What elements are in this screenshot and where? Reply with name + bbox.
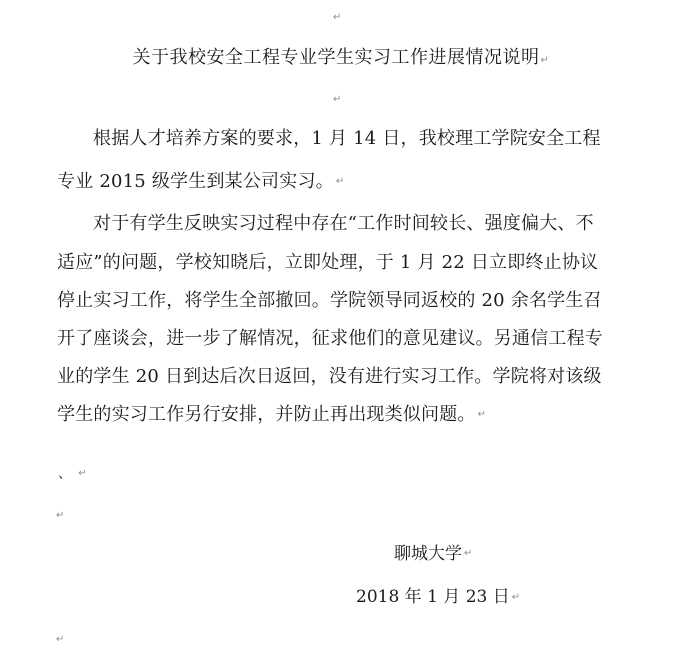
paragraph-2-line-4: 开了座谈会，进一步了解情况，征求他们的意见建议。另通信工程专 xyxy=(57,328,603,350)
body-text: 根据人才培养方案的要求，1 月 14 日，我校理工学院安全工程 xyxy=(93,128,601,149)
organization-name: 聊城大学 xyxy=(394,544,462,564)
stray-punctuation: 、 xyxy=(58,466,72,482)
body-text: 开了座谈会，进一步了解情况，征求他们的意见建议。另通信工程专 xyxy=(57,328,603,349)
body-text: 学生的实习工作另行安排，并防止再出现类似问题。 xyxy=(57,404,476,425)
body-text: 适应”的问题，学校知晓后，立即处理，于 1 月 22 日立即终止协议 xyxy=(57,252,598,273)
paragraph-1-line-2: 专业 2015 级学生到某公司实习。↵ xyxy=(57,171,344,193)
title-text: 关于我校安全工程专业学生实习工作进展情况说明 xyxy=(133,47,540,68)
paragraph-2-line-6: 学生的实习工作另行安排，并防止再出现类似问题。↵ xyxy=(57,404,486,426)
signature-organization: 聊城大学↵ xyxy=(394,543,472,565)
body-text: 专业 2015 级学生到某公司实习。 xyxy=(57,171,334,192)
document-page: ↵ 关于我校安全工程专业学生实习工作进展情况说明↵ ↵ 根据人才培养方案的要求，… xyxy=(0,0,682,645)
paragraph-mark-icon: ↵ xyxy=(56,635,64,645)
body-text: 停止实习工作，将学生全部撤回。学院领导同返校的 20 余名学生召 xyxy=(57,290,602,311)
paragraph-mark-icon: ↵ xyxy=(541,55,550,66)
signature-date: 2018 年 1 月 23 日↵ xyxy=(356,586,520,609)
paragraph-mark-icon: ↵ xyxy=(478,409,487,420)
paragraph-1-line-1: 根据人才培养方案的要求，1 月 14 日，我校理工学院安全工程 xyxy=(93,128,601,150)
paragraph-mark-icon: ↵ xyxy=(56,511,64,521)
date-text: 2018 年 1 月 23 日 xyxy=(356,587,510,607)
body-text: 业的学生 20 日到达后次日返回，没有进行实习工作。学院将对该级 xyxy=(57,366,602,387)
document-title: 关于我校安全工程专业学生实习工作进展情况说明↵ xyxy=(0,46,682,73)
paragraph-mark-icon: ↵ xyxy=(512,592,520,603)
paragraph-mark-icon: ↵ xyxy=(333,95,341,105)
paragraph-mark-icon: ↵ xyxy=(336,176,345,187)
paragraph-mark-icon: ↵ xyxy=(78,468,87,479)
stray-punctuation-line: 、↵ xyxy=(58,463,87,485)
paragraph-2-line-5: 业的学生 20 日到达后次日返回，没有进行实习工作。学院将对该级 xyxy=(57,366,602,388)
paragraph-mark-icon: ↵ xyxy=(333,13,341,23)
paragraph-2-line-1: 对于有学生反映实习过程中存在“工作时间较长、强度偏大、不 xyxy=(93,213,594,235)
paragraph-mark-icon: ↵ xyxy=(464,548,472,559)
paragraph-2-line-3: 停止实习工作，将学生全部撤回。学院领导同返校的 20 余名学生召 xyxy=(57,290,602,312)
body-text: 对于有学生反映实习过程中存在“工作时间较长、强度偏大、不 xyxy=(93,213,594,234)
paragraph-2-line-2: 适应”的问题，学校知晓后，立即处理，于 1 月 22 日立即终止协议 xyxy=(57,252,598,274)
